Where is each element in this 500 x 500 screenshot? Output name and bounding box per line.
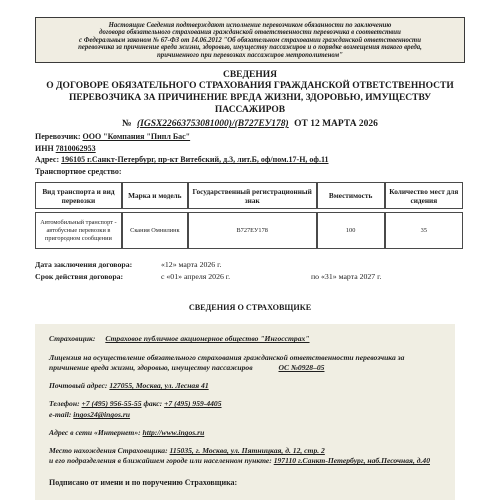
email-label: e-mail: [49, 410, 71, 419]
inn-label: ИНН [35, 144, 54, 153]
license-number: ОС №0928–05 [279, 363, 325, 372]
phone-row: Телефон: +7 (495) 956-55-55 факс: +7 (49… [49, 399, 443, 409]
conclusion-date-value: «12» марта 2026 г. [161, 259, 311, 271]
notice-line: с Федеральным законом № 67-ФЗ от 14.06.2… [42, 37, 458, 44]
location-row: Место нахождения Страховщика: 115035, г.… [49, 446, 443, 456]
phone-value: +7 (495) 956-55-55 [82, 399, 142, 408]
vehicle-section-label: Транспортное средство: [35, 167, 122, 176]
contract-number: (IGSX22663753081000)/(В727ЕУ178) [137, 119, 289, 129]
insurance-document-page: Настоящие Сведения подтверждают исполнен… [0, 0, 500, 500]
number-prefix: № [122, 119, 132, 129]
postal-value: 127055, Москва, ул. Лесная 41 [109, 381, 208, 390]
branch-row: и его подразделения в ближайшем городе и… [49, 456, 443, 466]
cell-reg-plate: В727ЕУ178 [188, 212, 317, 249]
carrier-row: Перевозчик: ООО "Компания "Пипл Бас" [35, 131, 465, 143]
cell-capacity: 100 [317, 212, 385, 249]
term-label: Срок действия договора: [35, 271, 161, 283]
title-line: О ДОГОВОРЕ ОБЯЗАТЕЛЬНОГО СТРАХОВАНИЯ ГРА… [35, 80, 465, 92]
term-from-value: с «01» апреля 2026 г. [161, 271, 311, 283]
fax-label: факс: [143, 399, 162, 408]
table-row: Автомобильный транспорт - автобусные пер… [35, 212, 463, 249]
col-header-capacity: Вместимость [317, 182, 385, 209]
website-url: http://www.ingos.ru [143, 428, 205, 437]
title-line: ПАССАЖИРОВ [35, 104, 465, 116]
vehicle-table: Вид транспорта и вид перевозки Марка и м… [35, 179, 463, 252]
license-row: Лицензия на осуществление обязательного … [49, 353, 443, 373]
contract-date: ОТ 12 МАРТА 2026 [294, 119, 378, 129]
notice-line: договора обязательного страхования гражд… [42, 29, 458, 36]
document-title: СВЕДЕНИЯ О ДОГОВОРЕ ОБЯЗАТЕЛЬНОГО СТРАХО… [35, 70, 465, 116]
col-header-make-model: Марка и модель [122, 182, 188, 209]
col-header-transport-type: Вид транспорта и вид перевозки [35, 182, 122, 209]
conclusion-date-label: Дата заключения договора: [35, 259, 161, 271]
table-header-row: Вид транспорта и вид перевозки Марка и м… [35, 182, 463, 209]
email-value: ingos24@ingos.ru [73, 410, 130, 419]
legal-notice-box: Настоящие Сведения подтверждают исполнен… [35, 17, 465, 63]
inn-value: 7810062953 [56, 144, 96, 153]
col-header-seats: Количество мест для сидения [385, 182, 463, 209]
signed-by-label: Подписано от имени и по поручению Страхо… [49, 478, 443, 488]
location-label: Место нахождения Страховщика: [49, 446, 168, 455]
insurer-section-heading: СВЕДЕНИЯ О СТРАХОВЩИКЕ [35, 303, 465, 312]
website-label: Адрес в сети «Интернет»: [49, 428, 141, 437]
website-row: Адрес в сети «Интернет»: http://www.ingo… [49, 428, 443, 438]
branch-label: и его подразделения в ближайшем городе и… [49, 456, 272, 465]
conclusion-date-row: Дата заключения договора: «12» марта 202… [35, 259, 465, 271]
contract-dates: Дата заключения договора: «12» марта 202… [35, 259, 465, 283]
email-row: e-mail: ingos24@ingos.ru [49, 410, 443, 420]
postal-label: Почтовый адрес: [49, 381, 107, 390]
term-row: Срок действия договора: с «01» апреля 20… [35, 271, 465, 283]
term-to-value: по «31» марта 2027 г. [311, 271, 381, 283]
address-row: Адрес: 196105 г.Санкт-Петербург, пр-кт В… [35, 154, 465, 166]
title-line: ПЕРЕВОЗЧИКА ЗА ПРИЧИНЕНИЕ ВРЕДА ЖИЗНИ, З… [35, 92, 465, 104]
vehicle-label-row: Транспортное средство: [35, 166, 465, 178]
notice-line: Настоящие Сведения подтверждают исполнен… [42, 22, 458, 29]
insurer-label: Страховщик: [49, 334, 95, 343]
cell-seats: 35 [385, 212, 463, 249]
location-value: 115035, г. Москва, ул. Пятницкая, д. 12,… [170, 446, 325, 455]
cell-transport-type: Автомобильный транспорт - автобусные пер… [35, 212, 122, 249]
insurer-name-row: Страховщик: Страховое публичное акционер… [49, 334, 443, 344]
postal-row: Почтовый адрес: 127055, Москва, ул. Лесн… [49, 381, 443, 391]
branch-value: 197110 г.Санкт-Петербург, наб.Песочная, … [274, 456, 430, 465]
carrier-info: Перевозчик: ООО "Компания "Пипл Бас" ИНН… [35, 131, 465, 177]
address-label: Адрес: [35, 155, 59, 164]
insurer-name: Страховое публичное акционерное общество… [105, 334, 309, 343]
cell-make-model: Скания Омнилинк [122, 212, 188, 249]
col-header-reg-plate: Государственный регистрационный знак [188, 182, 317, 209]
phone-label: Телефон: [49, 399, 80, 408]
address-value: 196105 г.Санкт-Петербург, пр-кт Витебски… [61, 155, 328, 164]
carrier-label: Перевозчик: [35, 132, 81, 141]
insurer-info-block: Страховщик: Страховое публичное акционер… [35, 324, 455, 500]
notice-line: перевозчика за причинение вреда жизни, з… [42, 44, 458, 51]
inn-row: ИНН 7810062953 [35, 143, 465, 155]
fax-value: +7 (495) 959-4405 [164, 399, 221, 408]
license-text: Лицензия на осуществление обязательного … [49, 353, 404, 372]
title-word: СВЕДЕНИЯ [35, 70, 465, 80]
carrier-name: ООО "Компания "Пипл Бас" [83, 132, 191, 141]
contract-number-line: № (IGSX22663753081000)/(В727ЕУ178) ОТ 12… [35, 119, 465, 129]
notice-line: причиненного при перевозках пассажиров м… [42, 52, 458, 59]
